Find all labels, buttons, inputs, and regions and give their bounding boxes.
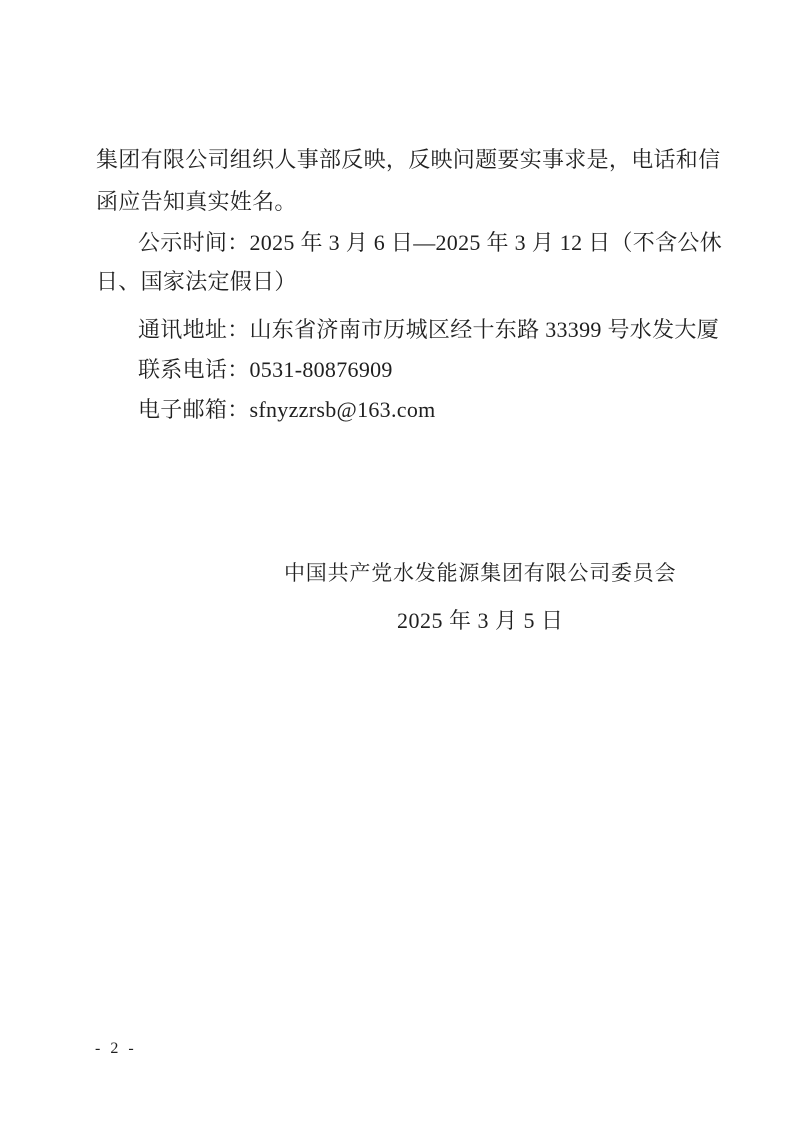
contact-phone-line: 联系电话：0531-80876909	[138, 359, 393, 381]
mailing-address-line: 通讯地址：山东省济南市历城区经十东路 33399 号水发大厦	[138, 319, 719, 341]
page-number: - 2 -	[95, 1041, 137, 1057]
document-page: 集团有限公司组织人事部反映，反映问题要实事求是，电话和信 函应告知真实姓名。 公…	[0, 0, 794, 1123]
publicity-period-line-2: 日、国家法定假日）	[96, 271, 297, 293]
report-instructions-line-1: 集团有限公司组织人事部反映，反映问题要实事求是，电话和信	[96, 149, 720, 171]
email-line: 电子邮箱：sfnyzzrsb@163.com	[138, 399, 436, 421]
report-instructions-line-2: 函应告知真实姓名。	[96, 191, 297, 213]
signature-committee: 中国共产党水发能源集团有限公司委员会	[284, 563, 676, 584]
publicity-period-line-1: 公示时间：2025 年 3 月 6 日—2025 年 3 月 12 日（不含公休	[138, 232, 722, 254]
signature-date: 2025 年 3 月 5 日	[397, 610, 564, 632]
